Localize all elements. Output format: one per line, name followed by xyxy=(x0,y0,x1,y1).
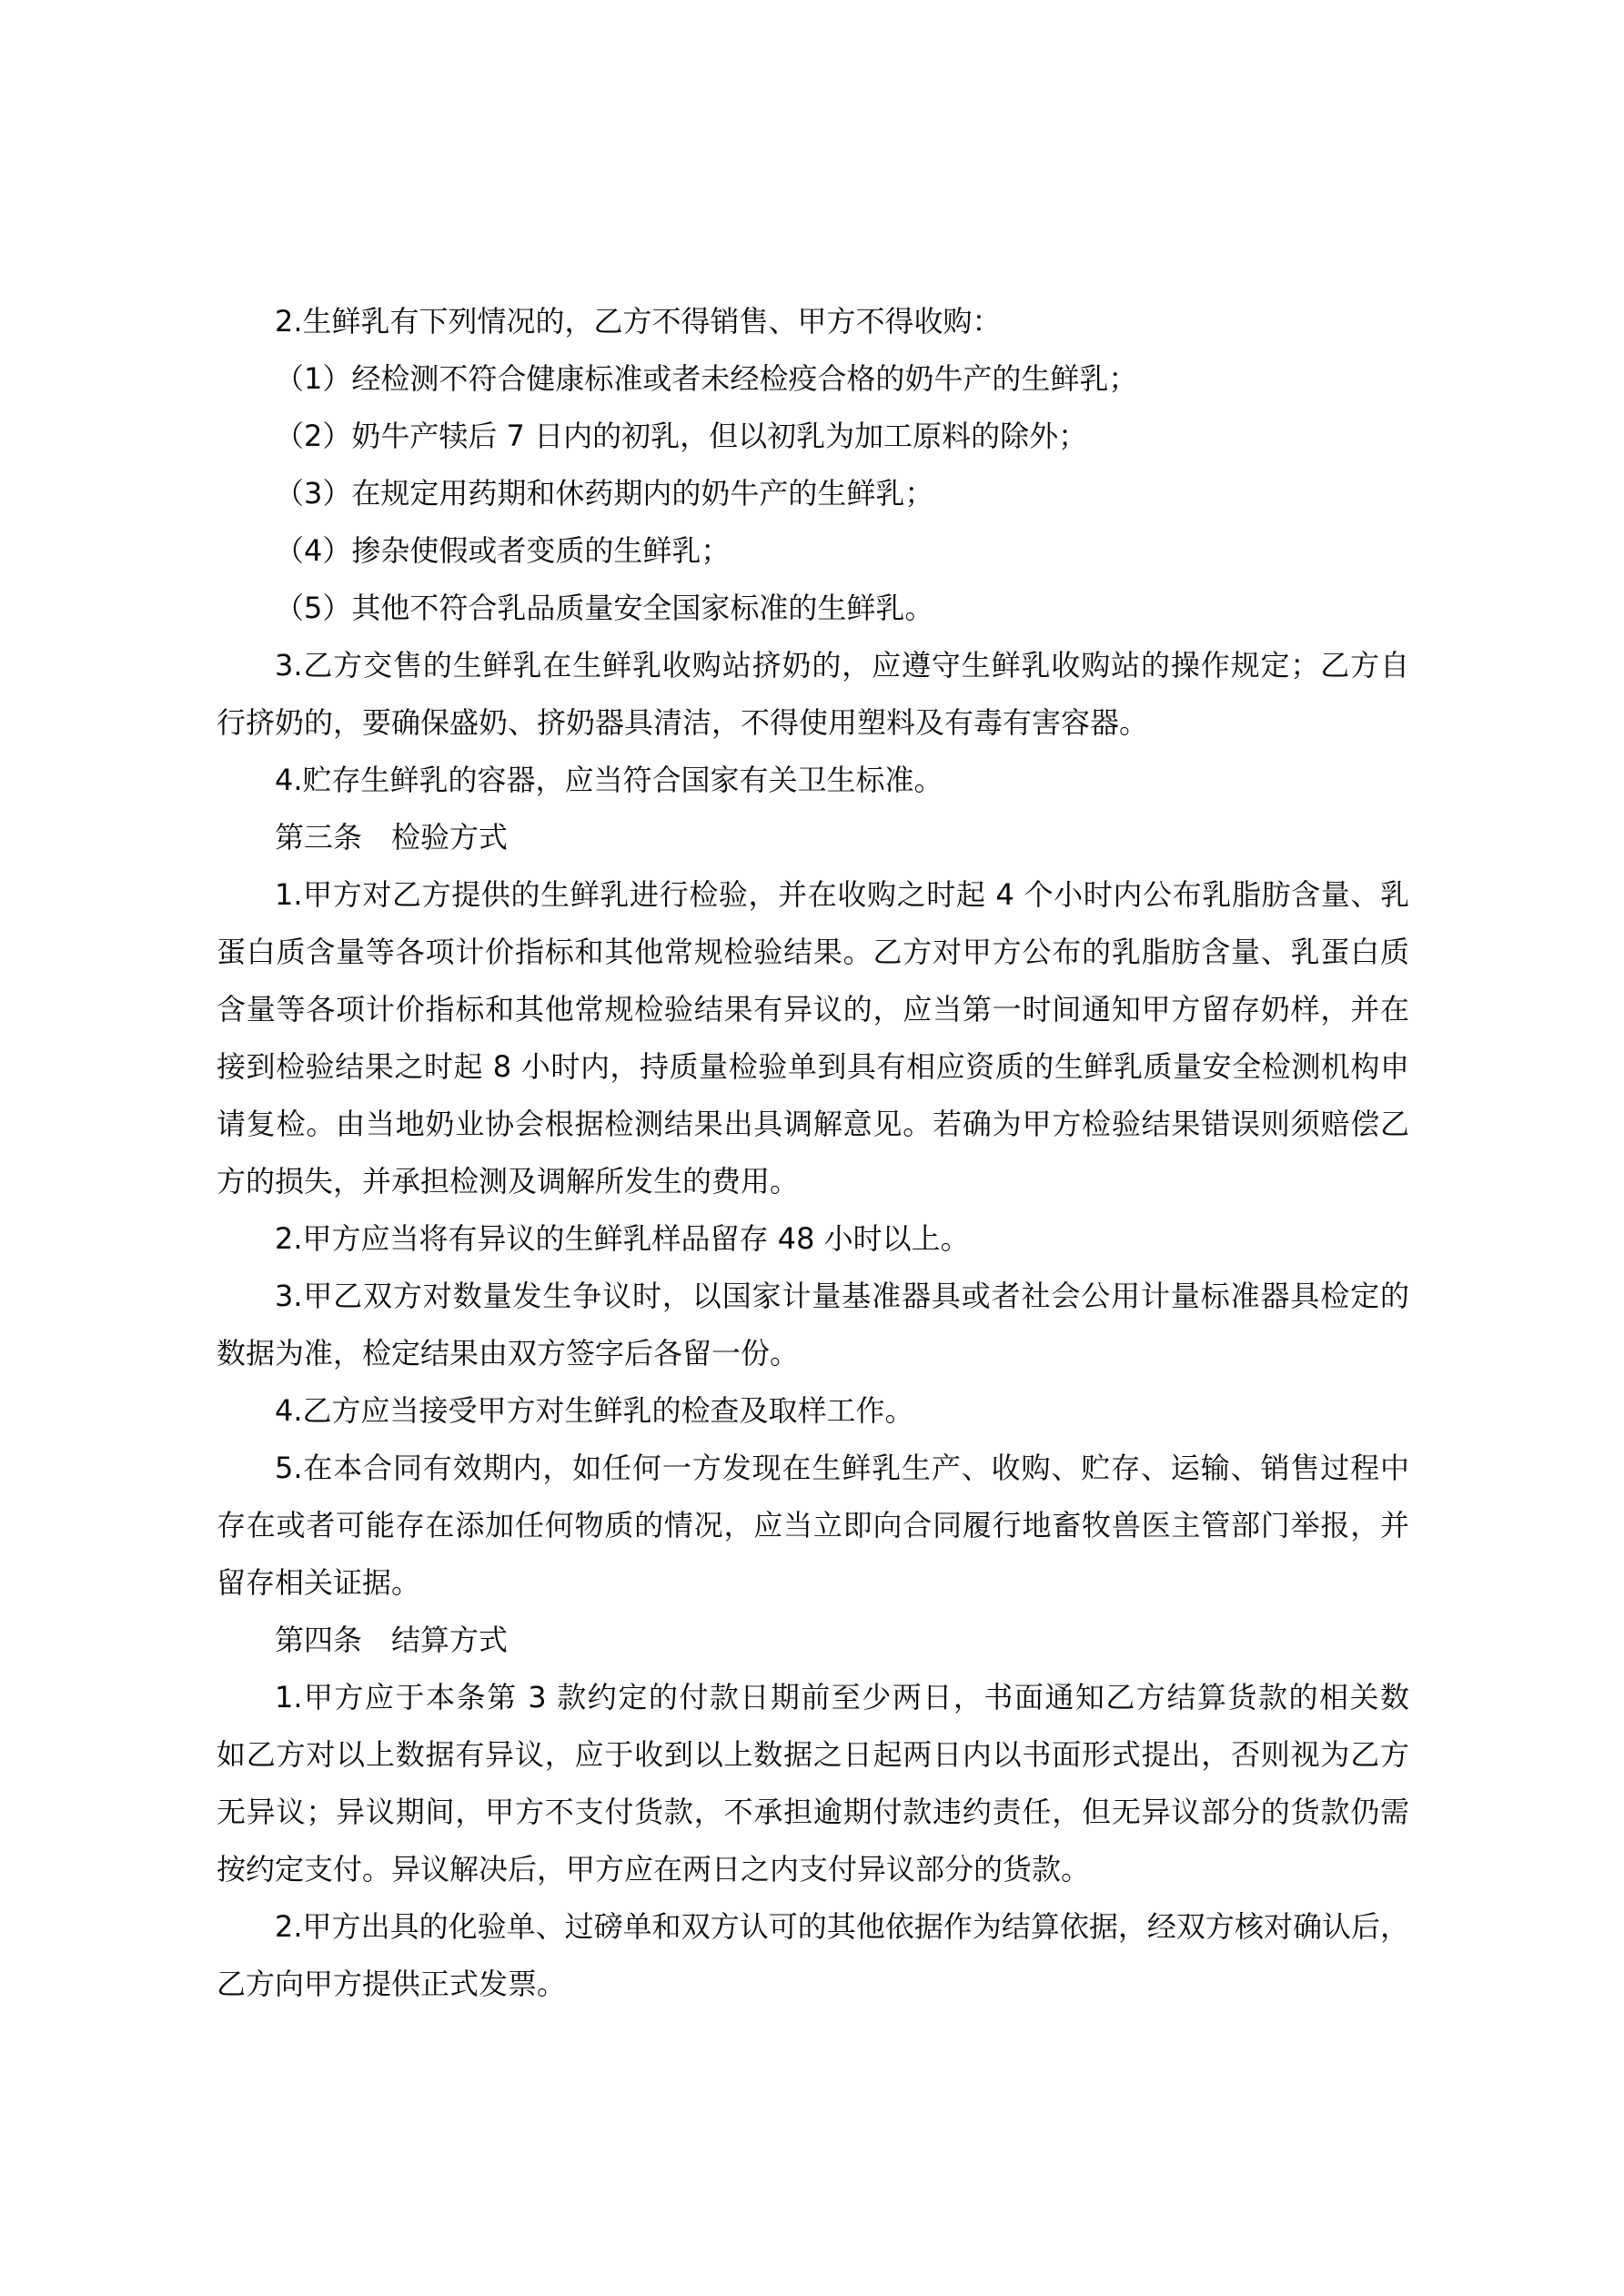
paragraph-line: 1.甲方应于本条第 3 款约定的付款日期前至少两日，书面通知乙方结算货款的相关数… xyxy=(217,1669,1409,1726)
paragraph-line: 如乙方对以上数据有异议，应于收到以上数据之日起两日内以书面形式提出，否则视为乙方 xyxy=(217,1726,1409,1784)
document-body: 2.生鲜乳有下列情况的，乙方不得销售、甲方不得收购： （1）经检测不符合健康标准… xyxy=(217,293,1409,2013)
paragraph-line: 4.贮存生鲜乳的容器，应当符合国家有关卫生标准。 xyxy=(217,752,1409,809)
article2-item2-subitem-5: （5）其他不符合乳品质量安全国家标准的生鲜乳。 xyxy=(217,580,1409,637)
article4-heading: 第四条 结算方式 xyxy=(217,1612,1409,1669)
paragraph-line: 行挤奶的，要确保盛奶、挤奶器具清洁，不得使用塑料及有毒有害容器。 xyxy=(217,694,1409,752)
article2-item2-paragraph: 2.生鲜乳有下列情况的，乙方不得销售、甲方不得收购： （1）经检测不符合健康标准… xyxy=(217,293,1409,637)
article3-heading-block: 第三条 检验方式 xyxy=(217,809,1409,866)
paragraph-line: 方的损失，并承担检测及调解所发生的费用。 xyxy=(217,1153,1409,1210)
paragraph-line: 按约定支付。异议解决后，甲方应在两日之内支付异议部分的货款。 xyxy=(217,1841,1409,1898)
article4-item1-paragraph: 1.甲方应于本条第 3 款约定的付款日期前至少两日，书面通知乙方结算货款的相关数… xyxy=(217,1669,1409,1898)
article3-heading: 第三条 检验方式 xyxy=(217,809,1409,866)
article3-item4-paragraph: 4.乙方应当接受甲方对生鲜乳的检查及取样工作。 xyxy=(217,1382,1409,1440)
paragraph-line: 留存相关证据。 xyxy=(217,1554,1409,1612)
article4-item2-paragraph: 2.甲方出具的化验单、过磅单和双方认可的其他依据作为结算依据，经双方核对确认后，… xyxy=(217,1898,1409,2013)
article2-item2-subitem-4: （4）掺杂使假或者变质的生鲜乳； xyxy=(217,522,1409,580)
paragraph-line: 1.甲方对乙方提供的生鲜乳进行检验，并在收购之时起 4 个小时内公布乳脂肪含量、… xyxy=(217,866,1409,924)
article2-item2-subitem-3: （3）在规定用药期和休药期内的奶牛产的生鲜乳； xyxy=(217,465,1409,522)
paragraph-line: 乙方向甲方提供正式发票。 xyxy=(217,1956,1409,2013)
paragraph-line: 请复检。由当地奶业协会根据检测结果出具调解意见。若确为甲方检验结果错误则须赔偿乙 xyxy=(217,1096,1409,1153)
paragraph-line: 无异议；异议期间，甲方不支付货款，不承担逾期付款违约责任，但无异议部分的货款仍需 xyxy=(217,1784,1409,1841)
article2-item2-subitem-2: （2）奶牛产犊后 7 日内的初乳，但以初乳为加工原料的除外； xyxy=(217,408,1409,465)
article3-item2-paragraph: 2.甲方应当将有异议的生鲜乳样品留存 48 小时以上。 xyxy=(217,1210,1409,1268)
article3-item5-paragraph: 5.在本合同有效期内，如任何一方发现在生鲜乳生产、收购、贮存、运输、销售过程中 … xyxy=(217,1440,1409,1612)
article2-item4-paragraph: 4.贮存生鲜乳的容器，应当符合国家有关卫生标准。 xyxy=(217,752,1409,809)
paragraph-line: 存在或者可能存在添加任何物质的情况，应当立即向合同履行地畜牧兽医主管部门举报，并 xyxy=(217,1497,1409,1554)
article3-item1-paragraph: 1.甲方对乙方提供的生鲜乳进行检验，并在收购之时起 4 个小时内公布乳脂肪含量、… xyxy=(217,866,1409,1210)
article2-item3-paragraph: 3.乙方交售的生鲜乳在生鲜乳收购站挤奶的，应遵守生鲜乳收购站的操作规定；乙方自 … xyxy=(217,637,1409,752)
paragraph-line: 3.乙方交售的生鲜乳在生鲜乳收购站挤奶的，应遵守生鲜乳收购站的操作规定；乙方自 xyxy=(217,637,1409,694)
document-page: 2.生鲜乳有下列情况的，乙方不得销售、甲方不得收购： （1）经检测不符合健康标准… xyxy=(0,0,1624,2296)
article4-heading-block: 第四条 结算方式 xyxy=(217,1612,1409,1669)
article2-item2-intro: 2.生鲜乳有下列情况的，乙方不得销售、甲方不得收购： xyxy=(217,293,1409,350)
paragraph-line: 接到检验结果之时起 8 小时内，持质量检验单到具有相应资质的生鲜乳质量安全检测机… xyxy=(217,1038,1409,1096)
article2-item2-subitem-1: （1）经检测不符合健康标准或者未经检疫合格的奶牛产的生鲜乳； xyxy=(217,350,1409,408)
paragraph-line: 2.甲方应当将有异议的生鲜乳样品留存 48 小时以上。 xyxy=(217,1210,1409,1268)
paragraph-line: 含量等各项计价指标和其他常规检验结果有异议的，应当第一时间通知甲方留存奶样，并在 xyxy=(217,981,1409,1038)
paragraph-line: 蛋白质含量等各项计价指标和其他常规检验结果。乙方对甲方公布的乳脂肪含量、乳蛋白质 xyxy=(217,924,1409,981)
paragraph-line: 4.乙方应当接受甲方对生鲜乳的检查及取样工作。 xyxy=(217,1382,1409,1440)
paragraph-line: 5.在本合同有效期内，如任何一方发现在生鲜乳生产、收购、贮存、运输、销售过程中 xyxy=(217,1440,1409,1497)
article3-item3-paragraph: 3.甲乙双方对数量发生争议时，以国家计量基准器具或者社会公用计量标准器具检定的 … xyxy=(217,1268,1409,1382)
paragraph-line: 数据为准，检定结果由双方签字后各留一份。 xyxy=(217,1325,1409,1382)
paragraph-line: 2.甲方出具的化验单、过磅单和双方认可的其他依据作为结算依据，经双方核对确认后， xyxy=(217,1898,1409,1956)
paragraph-line: 3.甲乙双方对数量发生争议时，以国家计量基准器具或者社会公用计量标准器具检定的 xyxy=(217,1268,1409,1325)
